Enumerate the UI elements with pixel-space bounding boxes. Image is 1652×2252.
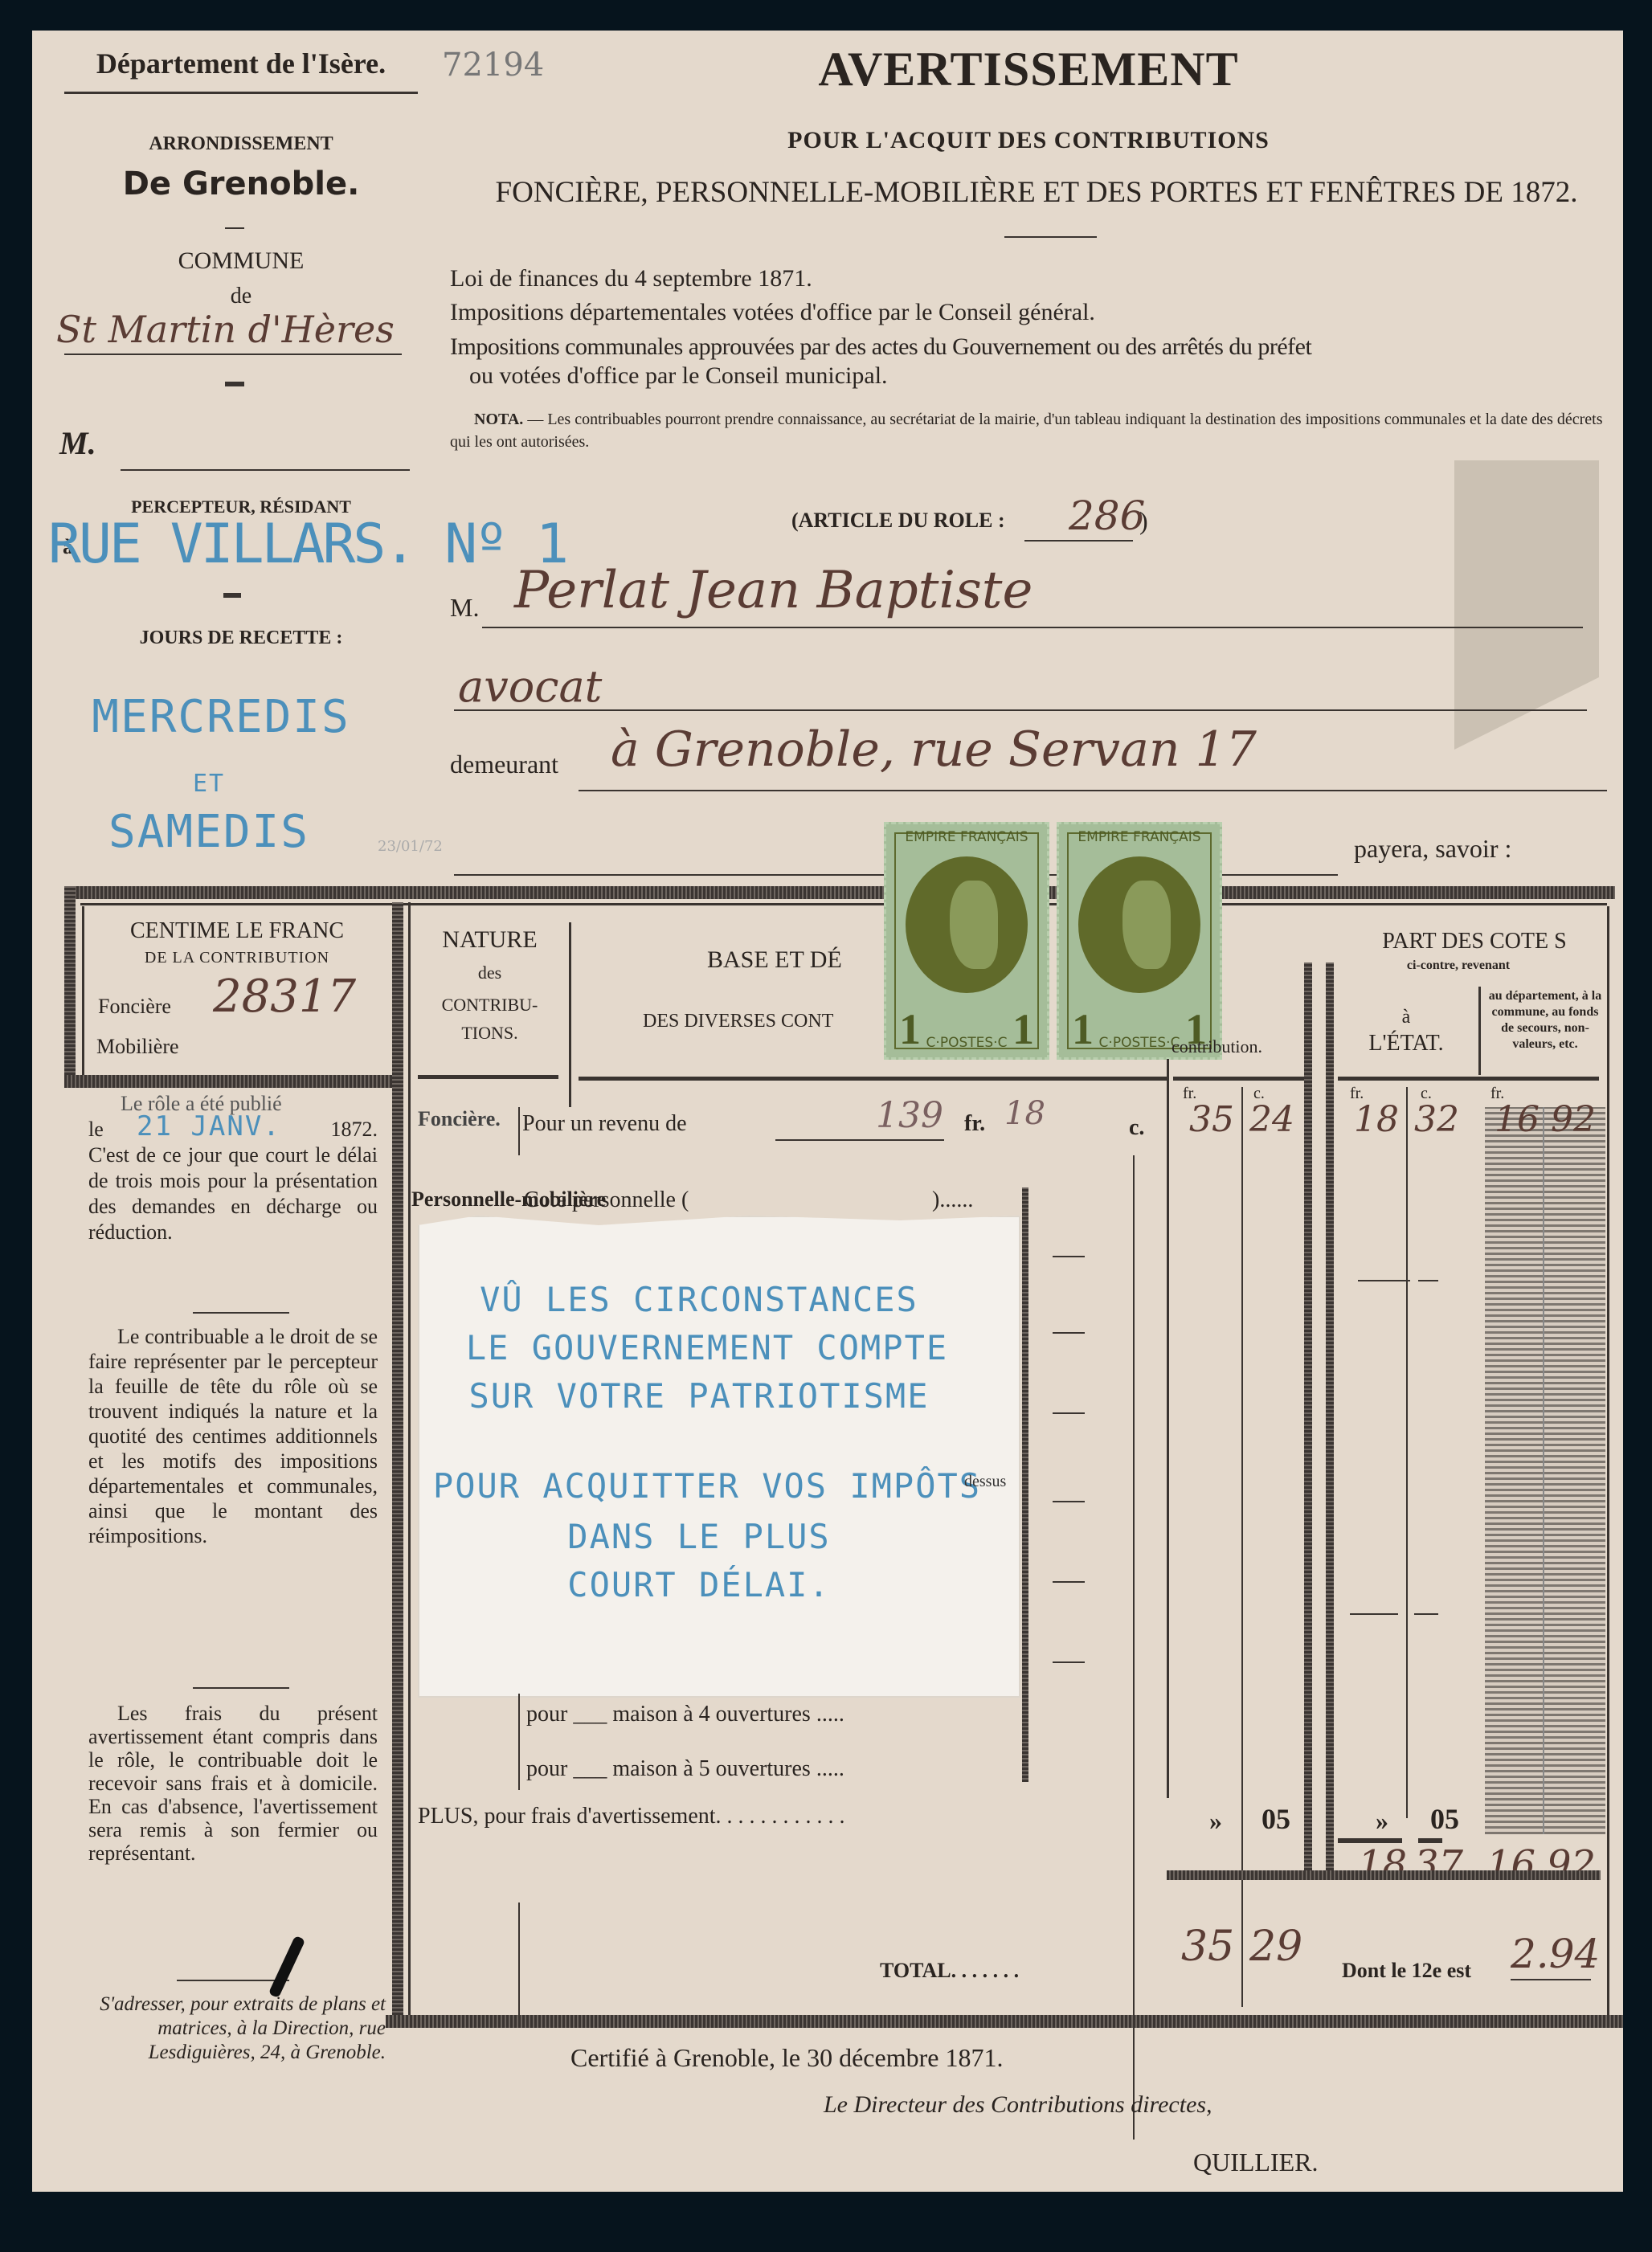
frais-etat-fr: »	[1376, 1806, 1388, 1836]
patriotic-label-card: VÛ LES CIRCONSTANCES LE GOUVERNEMENT COM…	[418, 1216, 1020, 1698]
row-dash	[1053, 1256, 1085, 1257]
total-divider	[1167, 1870, 1601, 1880]
legal-line-1: Loi de finances du 4 septembre 1871.	[450, 265, 812, 292]
centime-subtitle: DE LA CONTRIBUTION	[88, 949, 386, 967]
published-date-stamp: 21 JANV.	[137, 1114, 281, 1139]
patriotic-line-3: SUR VOTRE PATRIOTISME	[418, 1376, 980, 1416]
etat-fr-value: 18	[1354, 1099, 1399, 1140]
commune-de: de	[64, 284, 418, 309]
part-left-border	[1326, 963, 1334, 1870]
profession-underline	[454, 709, 1587, 711]
nature-header-divider	[418, 1075, 558, 1079]
row-dash	[1350, 1613, 1398, 1615]
subtotal-dept-fr: 16	[1486, 1842, 1535, 1887]
jours-stamp-et: ET	[32, 770, 386, 798]
nota-text: — Les contribuables pourront prendre con…	[450, 411, 1602, 451]
pencil-note: 23/01/72	[378, 838, 443, 855]
dept-fr-value: 16	[1495, 1099, 1540, 1140]
col-base-title: BASE ET DÉ	[707, 946, 842, 974]
dept-fr-c-divider	[1543, 1107, 1544, 1834]
base-divider	[518, 1107, 520, 1155]
col-nature-title: NATURE	[411, 926, 568, 954]
patriotic-line-1: VÛ LES CIRCONSTANCES	[418, 1280, 980, 1319]
row-dash	[1053, 1501, 1085, 1502]
jours-label: JOURS DE RECETTE :	[64, 627, 418, 649]
total-fr: 35	[1181, 1923, 1234, 1971]
divider	[1004, 236, 1097, 238]
divider	[193, 1312, 289, 1314]
subtotal-dept-c: 92	[1547, 1842, 1596, 1887]
certified-text: Certifié à Grenoble, le 30 décembre 1871…	[570, 2043, 1003, 2073]
row-personnelle-base: Cote personnelle (	[524, 1187, 689, 1213]
article-value: 286	[1069, 492, 1145, 539]
douzieme-label: Dont le 12e est	[1342, 1959, 1471, 1983]
subtotal-etat-c: 37	[1414, 1842, 1463, 1887]
m-label: M.	[59, 424, 96, 462]
table-top-border	[64, 886, 1615, 899]
row-personnelle-base-end: )......	[932, 1187, 973, 1213]
frais-label: PLUS, pour frais d'avertissement. . . . …	[418, 1804, 845, 1829]
etat-fr-c-divider	[1406, 1087, 1408, 1818]
jours-stamp-mercredis: MERCREDIS	[32, 691, 410, 743]
commune-value: St Martin d'Hères	[56, 308, 395, 351]
col-part-title: PART DES COTE S	[1338, 929, 1611, 954]
douzieme-underline	[1511, 1979, 1591, 1980]
table-bottom-border	[386, 2015, 1623, 2028]
stamp-bottom-text: C·POSTES·C	[886, 1035, 1047, 1051]
nature-column-border	[569, 922, 571, 1107]
centime-value: 28317	[213, 971, 356, 1023]
col-nature-des: des	[411, 963, 568, 983]
department-title: Département de l'Isère.	[64, 47, 418, 80]
frais-contrib-c: 05	[1261, 1802, 1290, 1836]
divider	[223, 593, 241, 598]
col-etat: L'ÉTAT.	[1338, 1031, 1474, 1057]
base-header-divider	[579, 1077, 1169, 1081]
tax-notice-document: Département de l'Isère. 72194 AVERTISSEM…	[32, 31, 1623, 2192]
row-dash	[1414, 1613, 1438, 1615]
row-maison-5: pour ___ maison à 5 ouvertures .....	[526, 1756, 844, 1782]
centime-box-inner-left	[82, 906, 84, 1075]
divider	[193, 1687, 289, 1689]
commune-underline	[64, 354, 402, 355]
contribution-column-border	[1167, 1059, 1169, 1798]
col-nature-tions: TIONS.	[411, 1023, 568, 1044]
document-subtitle: POUR L'ACQUIT DES CONTRIBUTIONS	[450, 127, 1607, 154]
row-dash	[1053, 1332, 1085, 1334]
divider	[225, 227, 244, 229]
col-base-subtitle: DES DIVERSES CONT	[643, 1011, 833, 1032]
centime-box-bottom	[64, 1075, 402, 1088]
contribution-fr-c-divider	[1241, 1087, 1243, 2007]
fees-text: Les frais du présent avertissement étant…	[88, 1702, 378, 1865]
row-maison-4: pour ___ maison à 4 ouvertures .....	[526, 1702, 844, 1727]
row-dash	[1053, 1661, 1085, 1663]
postage-stamp: EMPIRE FRANÇAIS 1 1 C·POSTES·C	[884, 822, 1049, 1060]
frais-contrib-fr: »	[1209, 1806, 1222, 1836]
patriotic-line-6: COURT DÉLAI.	[418, 1565, 980, 1604]
article-close: )	[1139, 506, 1148, 536]
revenu-c-value: 18	[1004, 1095, 1045, 1132]
centime-box-left	[64, 886, 76, 1083]
name-underline	[482, 627, 1583, 628]
stamp-top-text: EMPIRE FRANÇAIS	[1059, 829, 1220, 845]
arrondissement-label: ARRONDISSEMENT	[64, 133, 418, 155]
total-c: 29	[1249, 1923, 1302, 1971]
taxpayer-profession: avocat	[458, 661, 602, 712]
ink-blot	[268, 1935, 305, 1998]
director-title: Le Directeur des Contributions directes,	[824, 2091, 1212, 2119]
napoleon-portrait-icon	[1078, 856, 1200, 993]
contribution-right-border	[1304, 963, 1312, 1870]
base-inner-divider	[1022, 1187, 1028, 1782]
total-divider-v	[518, 1903, 520, 2015]
legal-line-4: ou votées d'office par le Conseil munici…	[469, 362, 888, 390]
subtotal-etat-fr: 18	[1358, 1842, 1407, 1887]
revenu-fr-unit: fr.	[964, 1111, 985, 1137]
left-column-border	[392, 902, 403, 2023]
percepteur-address-stamp: RUE VILLARS. Nº 1	[48, 513, 566, 576]
revenu-underline	[775, 1139, 944, 1141]
postage-stamp: EMPIRE FRANÇAIS 1 1 C·POSTES·C	[1057, 822, 1222, 1060]
etat-c-value: 32	[1414, 1099, 1459, 1140]
published-le: le	[88, 1118, 104, 1141]
commune-label: COMMUNE	[64, 247, 418, 275]
published-notice: Le rôle a été publié le 21 JANV. 1872. C…	[88, 1091, 378, 1245]
document-title: AVERTISSEMENT	[450, 42, 1607, 97]
nota-paragraph: NOTA. — Les contribuables pourront prend…	[450, 408, 1607, 453]
taxpayer-address: à Grenoble, rue Servan 17	[611, 721, 1257, 778]
revenu-c-unit: c.	[1129, 1115, 1144, 1141]
demeurant-label: demeurant	[450, 750, 558, 779]
contrib-fr-value: 35	[1189, 1099, 1234, 1140]
address-underline	[579, 790, 1607, 791]
total-label: TOTAL. . . . . . .	[880, 1959, 1019, 1983]
taxpayer-m-label: M.	[450, 593, 479, 623]
patriotic-peek-text: dessus	[964, 1473, 1006, 1491]
centime-fonciere-label: Foncière	[98, 995, 171, 1019]
row-dash	[1053, 1412, 1085, 1414]
col-contribution: contribution.	[1172, 1036, 1262, 1057]
frais-etat-c: 05	[1430, 1802, 1459, 1836]
patriotic-line-2: LE GOUVERNEMENT COMPTE	[418, 1328, 996, 1367]
col-dept: au département, à la commune, au fonds d…	[1485, 988, 1605, 1052]
article-label: (ARTICLE DU ROLE :	[791, 509, 1005, 533]
stamp-top-text: EMPIRE FRANÇAIS	[886, 829, 1047, 845]
part-header-divider	[1338, 1077, 1599, 1081]
centime-title: CENTIME LE FRANC	[88, 918, 386, 944]
rights-text: Le contribuable a le droit de se faire r…	[88, 1324, 378, 1548]
taxpayer-name: Perlat Jean Baptiste	[514, 561, 1032, 620]
delay-text: C'est de ce jour que court le délai de t…	[88, 1142, 378, 1245]
legal-line-2: Impositions départementales votées d'off…	[450, 299, 1095, 326]
divider	[177, 1980, 289, 1981]
director-signature: QUILLIER.	[1193, 2148, 1319, 2177]
revenu-fr-value: 139	[876, 1095, 943, 1136]
col-etat-a: à	[1338, 1007, 1474, 1028]
hatched-dept-column	[1485, 1107, 1605, 1834]
divider	[225, 382, 244, 386]
table-inner-border	[80, 903, 1607, 905]
published-year: 1872.	[331, 1117, 378, 1142]
row-dash	[1358, 1280, 1410, 1281]
paper-hinge-patch	[1454, 460, 1599, 750]
patriotic-line-4: POUR ACQUITTER VOS IMPÔTS	[418, 1466, 996, 1506]
article-underline	[1024, 540, 1133, 542]
etat-dept-divider	[1478, 987, 1481, 1075]
table-right-border	[1607, 906, 1609, 2015]
document-subtitle-taxes: FONCIÈRE, PERSONNELLE-MOBILIÈRE ET DES P…	[450, 175, 1623, 210]
nota-label: NOTA.	[474, 411, 523, 428]
row-dash	[1418, 1280, 1438, 1281]
contrib-c-value: 24	[1249, 1099, 1294, 1140]
maison-brace	[518, 1694, 520, 1790]
contribution-header-divider	[1173, 1077, 1306, 1081]
row-fonciere-base: Pour un revenu de	[522, 1111, 687, 1137]
napoleon-portrait-icon	[906, 856, 1028, 993]
dept-c-value: 92	[1551, 1099, 1596, 1140]
published-date-line: le 21 JANV. 1872.	[88, 1117, 378, 1142]
jours-stamp-samedis: SAMEDIS	[32, 806, 386, 858]
douzieme-value: 2.94	[1511, 1931, 1600, 1977]
address-note: S'adresser, pour extraits de plans et ma…	[80, 1992, 386, 2065]
arrondissement-value: De Grenoble.	[64, 166, 418, 202]
legal-line-3: Impositions communales approuvées par de…	[450, 333, 1311, 361]
col-part-subtitle: ci-contre, revenant	[1338, 958, 1579, 973]
row-dash	[1053, 1581, 1085, 1583]
m-underline	[121, 469, 410, 471]
centime-mobiliere-label: Mobilière	[96, 1035, 179, 1059]
payera-label: payera, savoir :	[1354, 834, 1511, 864]
patriotic-line-5: DANS LE PLUS	[418, 1517, 980, 1556]
divider	[64, 92, 418, 94]
col-nature-contrib: CONTRIBU-	[411, 995, 568, 1016]
left-column-inner-border	[408, 902, 411, 2023]
base-right-divider	[1133, 1155, 1135, 2140]
row-fonciere-nature: Foncière.	[418, 1107, 501, 1131]
